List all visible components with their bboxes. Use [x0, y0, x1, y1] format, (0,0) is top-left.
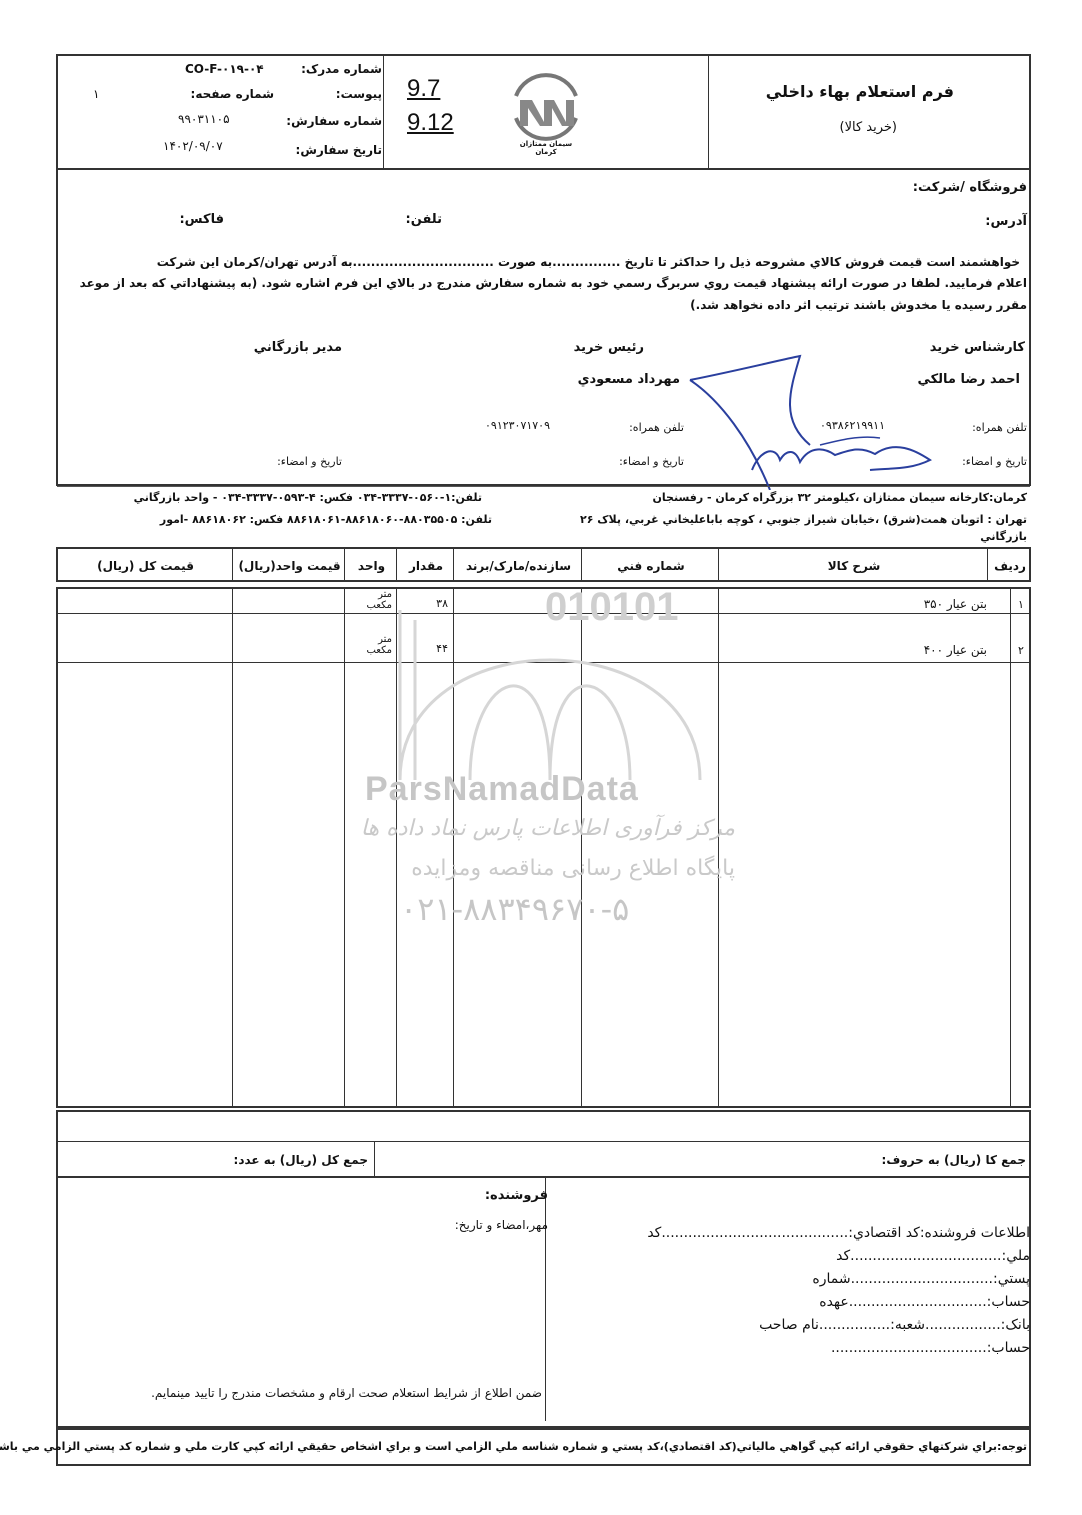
col-sep [1010, 588, 1011, 1107]
row-sep [57, 613, 1030, 614]
seller-confirm-text: ضمن اطلاع از شرايط استعلام صحت ارقام و م… [151, 1386, 542, 1400]
tehran-dept: بازرگاني [980, 530, 1027, 543]
mobile-label-1: تلفن همراه: [972, 421, 1027, 434]
header-divider-left [383, 55, 384, 169]
sign-label-3: تاريخ و امضاء: [277, 455, 342, 468]
doc-number: CO-F-۰۱۹-۰۴ [185, 62, 264, 76]
seller-stamp-label: مهر،امضاء و تاريخ: [455, 1218, 548, 1232]
request-line-1: خواهشمند است قيمت فروش كالاي مشروحه ذيل … [70, 255, 1020, 269]
kerman-address: كرمان:كارخانه سيمان ممتازان ،كيلومتر ۳۲ … [653, 491, 1027, 504]
totals-col-sep [374, 1142, 375, 1178]
cell-qty: ۴۴ [436, 642, 448, 655]
phone-label: تلفن: [406, 212, 442, 227]
request-line-2: اعلام فرماييد. لطفا در صورت ارائه پيشنها… [67, 276, 1027, 290]
company-logo: سیمان ممتازان کرمان [508, 66, 584, 156]
col-tech-number: شماره فني [583, 549, 719, 583]
store-label: فروشگاه /شركت: [913, 180, 1027, 195]
handwritten-note-1: 9.7 [407, 75, 440, 103]
form-title: فرم استعلام بهاء داخلي [766, 82, 954, 101]
hdr-sep [718, 548, 719, 581]
signature-icon [660, 350, 960, 490]
request-line-3: مقرر رسيده يا مخدوش باشند ترتيب اثر داده… [67, 298, 1027, 312]
tehran-contact: تلفن: ۸۸۰۳۵۵۰۵-۸۸۶۱۸۰۶۰-۸۸۶۱۸۰۶۱ فكس: ۸۸… [160, 513, 492, 526]
cell-row: ۱ [1018, 598, 1024, 611]
cell-qty: ۳۸ [436, 597, 448, 610]
seller-info-line-5: بانک:.................شعبه:.............… [759, 1317, 1030, 1333]
col-unit-price: قيمت واحد(ريال) [234, 549, 345, 583]
doc-number-label: شماره مدرک: [301, 62, 382, 76]
col-description: شرح كالا [720, 549, 988, 583]
seller-info-line-2: ملي:..................................كد [836, 1248, 1030, 1264]
tehran-address: تهران : اتوبان همت(شرق) ،خيابان شيراز جن… [580, 513, 1027, 526]
hdr-sep [344, 548, 345, 581]
seller-label: فروشنده: [485, 1188, 548, 1203]
handwritten-note-2: 9.12 [407, 109, 454, 137]
signatory-role-purchasing-head: رئيس خريد [574, 340, 644, 355]
hdr-sep [232, 548, 233, 581]
signatory-role-commercial-manager: مدير بازرگاني [254, 340, 342, 355]
col-sep [718, 588, 719, 1107]
order-date: ۱۴۰۲/۰۹/۰۷ [163, 139, 223, 153]
total-in-numbers-label: جمع كل (ريال) به عدد: [234, 1153, 368, 1167]
col-qty: مقدار [398, 549, 454, 583]
address-divider [57, 486, 1030, 487]
seller-info-line-6: حساب:................................... [831, 1340, 1030, 1356]
logo-caption: سیمان ممتازان کرمان [508, 140, 584, 156]
hdr-sep [453, 548, 454, 581]
items-table-header: رديف شرح كالا شماره فني سازنده/مارک/برند… [56, 547, 1031, 582]
sign-label-1: تاريخ و امضاء: [962, 455, 1027, 468]
col-total-price: قيمت كل (ريال) [58, 549, 233, 583]
address-label: آدرس: [985, 214, 1027, 229]
seller-info-line-1: اطلاعات فروشنده:كد اقتصادي:.............… [647, 1225, 1030, 1241]
col-row: رديف [989, 549, 1031, 583]
hdr-sep [581, 548, 582, 581]
header-divider-right [708, 55, 709, 169]
attachment-label: پيوست: [336, 87, 382, 101]
totals-box [56, 1110, 1031, 1178]
cell-description: بتن عيار ۳۵۰ [924, 597, 987, 611]
col-sep [453, 588, 454, 1107]
seller-info-line-3: پستي:................................شما… [812, 1271, 1030, 1287]
hdr-sep [987, 548, 988, 581]
cell-description: بتن عيار ۴۰۰ [924, 643, 987, 657]
cell-row: ۲ [1018, 644, 1024, 657]
totals-sep [57, 1141, 1030, 1142]
col-brand: سازنده/مارک/برند [455, 549, 582, 583]
page-number-label: شماره صفحه: [191, 87, 274, 101]
row-sep [57, 662, 1030, 663]
order-number-label: شماره سفارش: [286, 114, 382, 128]
mobile-2: ۰۹۱۲۳۰۷۱۷۰۹ [485, 419, 550, 432]
col-sep [396, 588, 397, 1107]
col-unit: واحد [346, 549, 397, 583]
kerman-contact: تلفن:۱-۰۵۶۰-۳۳۳۷-۰۳۴ فكس: ۴-۰۵۹۳-۳۳۳۷-۰۳… [134, 491, 482, 504]
seller-col-sep [545, 1178, 546, 1421]
footer-note: توجه:براي شركتهاي حقوقي ارائه كپي گواهي … [0, 1440, 1027, 1453]
cell-unit: متر مكعب [362, 634, 392, 656]
page-number: ۱ [93, 87, 99, 101]
col-sep [232, 588, 233, 1107]
hdr-sep [396, 548, 397, 581]
total-in-words-label: جمع كا (ريال) به حروف: [882, 1153, 1026, 1167]
items-table-body [56, 587, 1031, 1108]
col-sep [581, 588, 582, 1107]
fax-label: فاكس: [179, 212, 224, 227]
col-sep [344, 588, 345, 1107]
form-subtitle: (خريد كالا) [840, 120, 898, 135]
order-number: ۹۹۰۳۱۱۰۵ [178, 112, 230, 126]
cell-unit: متر مكعب [362, 589, 392, 611]
seller-info-line-4: حساب:...............................عهده [819, 1294, 1030, 1310]
order-date-label: تاريخ سفارش: [296, 143, 382, 157]
